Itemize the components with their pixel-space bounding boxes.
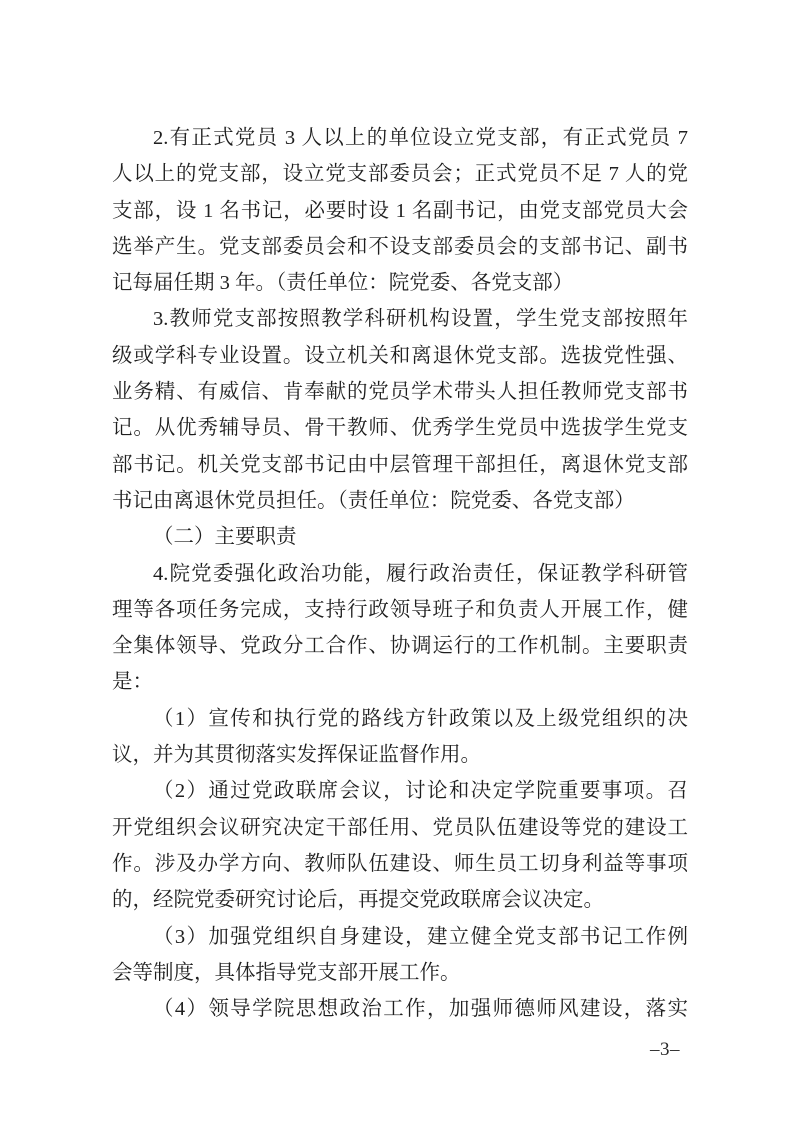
paragraph: （2）通过党政联席会议，讨论和决定学院重要事项。召开党组织会议研究决定干部任用、… xyxy=(112,773,688,918)
text-line: 支部，设 1 名书记，必要时设 1 名副书记，由党支部党员大会 xyxy=(112,193,688,229)
text-line: 会等制度，具体指导党支部开展工作。 xyxy=(112,955,688,991)
document-body: 2.有正式党员 3 人以上的单位设立党支部，有正式党员 7人以上的党支部，设立党… xyxy=(112,120,688,1027)
text-line: 人以上的党支部，设立党支部委员会；正式党员不足 7 人的党 xyxy=(112,156,688,192)
text-line: 2.有正式党员 3 人以上的单位设立党支部，有正式党员 7 xyxy=(112,120,688,156)
paragraph: 3.教师党支部按照教学科研机构设置，学生党支部按照年级或学科专业设置。设立机关和… xyxy=(112,301,688,519)
text-line: 记每届任期 3 年。（责任单位：院党委、各党支部） xyxy=(112,265,688,301)
text-line: 全集体领导、党政分工合作、协调运行的工作机制。主要职责 xyxy=(112,628,688,664)
text-line: 开党组织会议研究决定干部任用、党员队伍建设等党的建设工 xyxy=(112,810,688,846)
text-line: 4.院党委强化政治功能，履行政治责任，保证教学科研管 xyxy=(112,556,688,592)
page-number: –3– xyxy=(650,1039,680,1061)
paragraph: （1）宣传和执行党的路线方针政策以及上级党组织的决议，并为其贯彻落实发挥保证监督… xyxy=(112,701,688,774)
text-line: 部书记。机关党支部书记由中层管理干部担任，离退休党支部 xyxy=(112,447,688,483)
paragraph: （3）加强党组织自身建设，建立健全党支部书记工作例会等制度，具体指导党支部开展工… xyxy=(112,919,688,992)
document-page: 2.有正式党员 3 人以上的单位设立党支部，有正式党员 7人以上的党支部，设立党… xyxy=(0,0,800,1131)
text-line: 选举产生。党支部委员会和不设支部委员会的支部书记、副书 xyxy=(112,229,688,265)
text-line: 记。从优秀辅导员、骨干教师、优秀学生党员中选拔学生党支 xyxy=(112,410,688,446)
text-line: 理等各项任务完成，支持行政领导班子和负责人开展工作，健 xyxy=(112,592,688,628)
section-heading: （二）主要职责 xyxy=(112,519,688,555)
text-line: 业务精、有威信、肯奉献的党员学术带头人担任教师党支部书 xyxy=(112,374,688,410)
text-line: 作。涉及办学方向、教师队伍建设、师生员工切身利益等事项 xyxy=(112,846,688,882)
paragraph: 2.有正式党员 3 人以上的单位设立党支部，有正式党员 7人以上的党支部，设立党… xyxy=(112,120,688,301)
text-line: 3.教师党支部按照教学科研机构设置，学生党支部按照年 xyxy=(112,301,688,337)
text-line: 书记由离退休党员担任。（责任单位：院党委、各党支部） xyxy=(112,483,688,519)
text-line: 的，经院党委研究讨论后，再提交党政联席会议决定。 xyxy=(112,882,688,918)
text-line: （4）领导学院思想政治工作，加强师德师风建设，落实 xyxy=(112,991,688,1027)
section-heading-line: （二）主要职责 xyxy=(112,519,688,555)
text-line: （3）加强党组织自身建设，建立健全党支部书记工作例 xyxy=(112,919,688,955)
text-line: 是： xyxy=(112,664,688,700)
text-line: （2）通过党政联席会议，讨论和决定学院重要事项。召 xyxy=(112,773,688,809)
text-line: 级或学科专业设置。设立机关和离退休党支部。选拔党性强、 xyxy=(112,338,688,374)
paragraph: 4.院党委强化政治功能，履行政治责任，保证教学科研管理等各项任务完成，支持行政领… xyxy=(112,556,688,701)
paragraph: （4）领导学院思想政治工作，加强师德师风建设，落实 xyxy=(112,991,688,1027)
text-line: 议，并为其贯彻落实发挥保证监督作用。 xyxy=(112,737,688,773)
text-line: （1）宣传和执行党的路线方针政策以及上级党组织的决 xyxy=(112,701,688,737)
